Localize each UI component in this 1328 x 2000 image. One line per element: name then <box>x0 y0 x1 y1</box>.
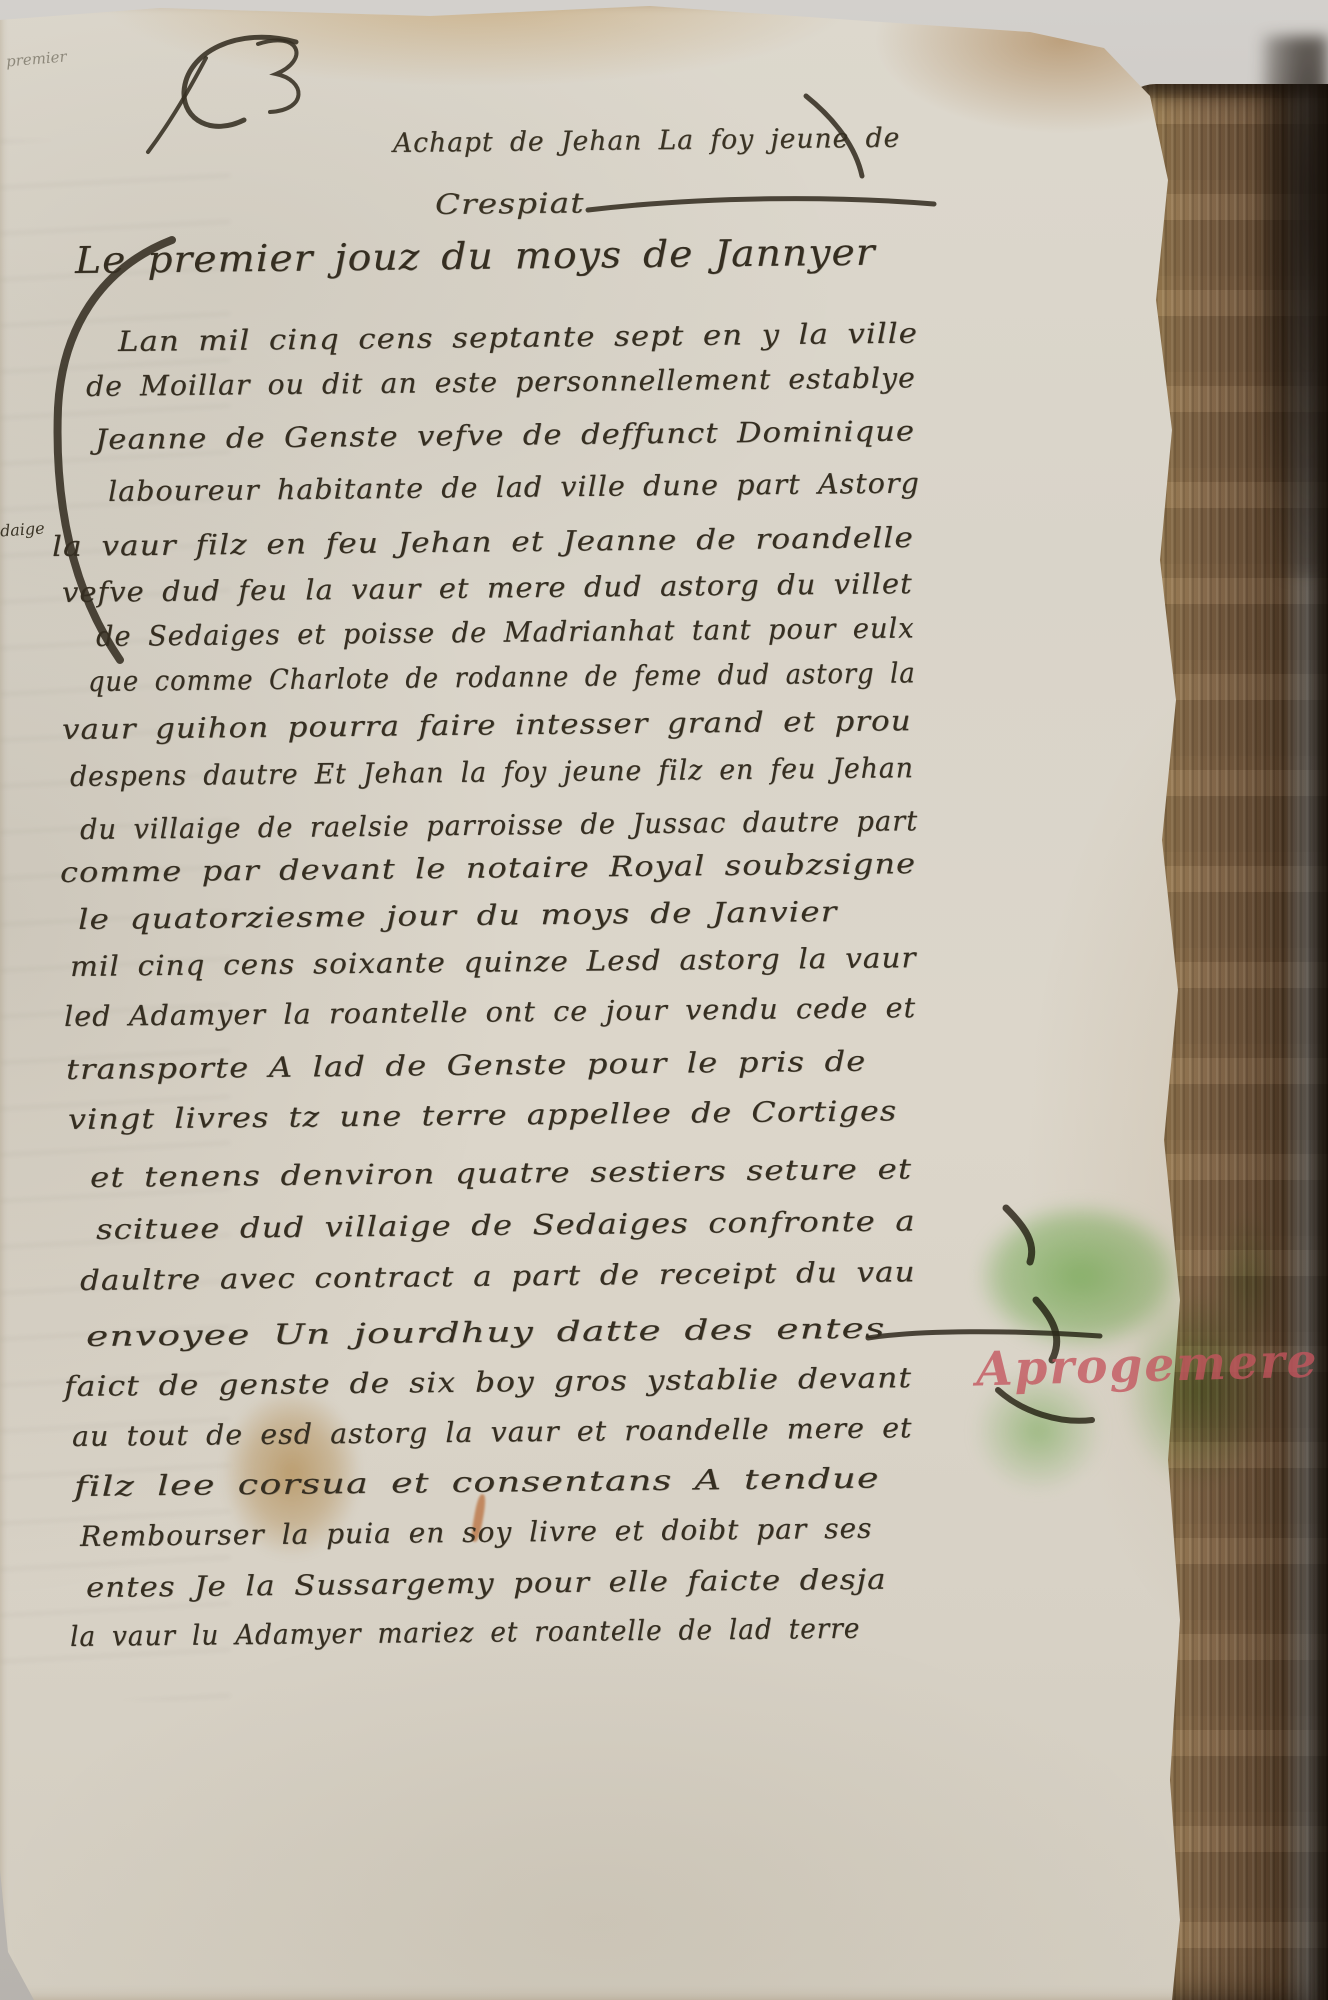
margin-note-left: daige <box>0 518 45 540</box>
manuscript-line: la vaur filz en feu Jehan et Jeanne de r… <box>52 523 914 561</box>
margin-note-top-left: premier <box>5 47 67 70</box>
manuscript-line: comme par devant le notaire Royal soubzs… <box>60 849 916 887</box>
manuscript-line: filz lee corsua et consentans A tendue <box>74 1464 880 1502</box>
manuscript-line: le quatorziesme jour du moys de Janvier <box>78 897 838 934</box>
manuscript-line: et tenens denviron quatre sestiers setur… <box>90 1154 912 1192</box>
manuscript-line: que comme Charlote de rodanne de feme du… <box>88 658 916 696</box>
heading-line-2: Crespiat <box>435 188 585 219</box>
manuscript-line: led Adamyer la roantelle ont ce jour ven… <box>64 993 916 1031</box>
manuscript-line: mil cinq cens soixante quinze Lesd astor… <box>70 943 917 981</box>
manuscript-line: vaur guihon pourra faire intesser grand … <box>62 706 912 744</box>
manuscript-line: au tout de esd astorg la vaur et roandel… <box>72 1413 913 1451</box>
manuscript-line: Lan mil cinq cens septante sept en y la … <box>118 319 918 357</box>
flourish-stroke <box>588 199 934 210</box>
manuscript-line: entes Je la Sussargemy pour elle faicte … <box>86 1565 887 1603</box>
flourish-stroke <box>258 40 299 112</box>
manuscript-line: faict de genste de six boy gros ystablie… <box>64 1363 912 1401</box>
flourish-stroke <box>184 37 296 126</box>
book-fore-edge-shadow <box>1262 36 1328 576</box>
manuscript-line: vefve dud feu la vaur et mere dud astorg… <box>62 569 913 607</box>
manuscript-line: laboureur habitante de lad ville dune pa… <box>108 468 920 506</box>
manuscript-line: daultre avec contract a part de receipt … <box>80 1257 916 1295</box>
manuscript-page: premier daige Achapt de Jehan La foy jeu… <box>0 0 1328 2000</box>
manuscript-line: de Sedaiges et poisse de Madrianhat tant… <box>96 613 915 651</box>
manuscript-line: scituee dud villaige de Sedaiges confron… <box>96 1206 916 1244</box>
manuscript-line: Le premier jouz du moys de Jannyer <box>75 234 876 281</box>
manuscript-line: du villaige de raelsie parroisse de Juss… <box>80 806 918 844</box>
manuscript-line: despens dautre Et Jehan la foy jeune fil… <box>70 753 914 791</box>
manuscript-line: de Moillar ou dit an este personnellemen… <box>86 363 916 401</box>
manuscript-line: Jeanne de Genste vefve de deffunct Domin… <box>95 416 915 454</box>
manuscript-line: Rembourser la puia en soy livre et doibt… <box>80 1514 873 1552</box>
manuscript-line: vingt livres tz une terre appellee de Co… <box>68 1096 898 1134</box>
heading-line-1: Achapt de Jehan La foy jeune de <box>393 125 901 159</box>
manuscript-line: transporte A lad de Genste pour le pris … <box>66 1047 867 1085</box>
flourish-stroke <box>148 58 206 152</box>
manuscript-line: envoyee Un jourdhuy datte des entes <box>86 1314 886 1352</box>
watermark-text: Aprogemere <box>975 1334 1319 1398</box>
photo-of-manuscript: premier daige Achapt de Jehan La foy jeu… <box>0 0 1328 2000</box>
manuscript-line: la vaur lu Adamyer mariez et roantelle d… <box>70 1614 861 1652</box>
